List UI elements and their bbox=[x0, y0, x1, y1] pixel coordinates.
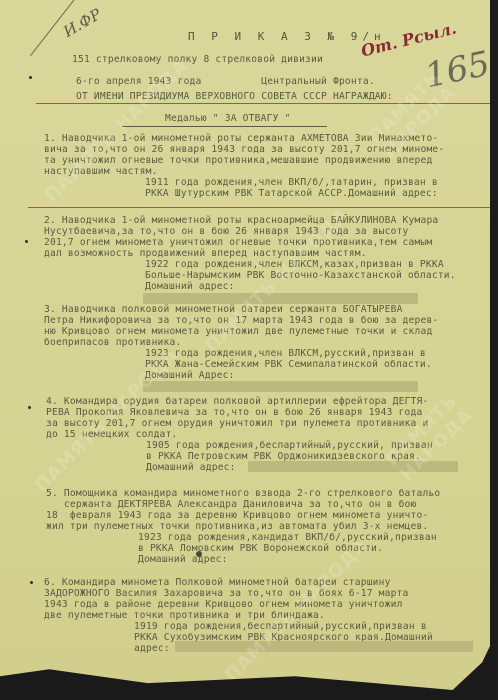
entry-bio: адрес: bbox=[134, 643, 170, 655]
medal-underline bbox=[122, 126, 327, 127]
header-line-date: 6-го апреля 1943 года Центральный Фронта… bbox=[76, 76, 375, 88]
ink-mark bbox=[29, 76, 32, 79]
redacted-address bbox=[175, 641, 473, 652]
red-separator-line bbox=[28, 207, 496, 208]
entry-bio: Домашний адрес: bbox=[138, 554, 228, 566]
document-page: И.ФР От. Рсыл. 165 П Р И К А З № 9/н 151… bbox=[0, 0, 492, 690]
redacted-address bbox=[143, 381, 418, 392]
entry-bio: Домашний адрес: bbox=[146, 462, 236, 474]
header-line-unit: 151 стрелковому полку 8 стрелковой дивиз… bbox=[72, 54, 323, 66]
ink-mark bbox=[28, 406, 31, 409]
entry-bio: Домашний адрес: bbox=[145, 281, 235, 293]
ink-mark bbox=[25, 240, 28, 243]
medal-name: Медалью " ЗА ОТВАГУ " bbox=[165, 113, 291, 125]
entry-bio: РККА Шутурским РВК Татарской АССР.Домашн… bbox=[145, 188, 438, 200]
ink-mark bbox=[30, 581, 33, 584]
background-edge bbox=[490, 0, 498, 700]
redacted-address bbox=[143, 293, 418, 304]
ink-stain bbox=[196, 551, 202, 557]
header-line-award-statement: ОТ ИМЕНИ ПРЕЗИДИУМА ВЕРХОВНОГО СОВЕТА СС… bbox=[76, 91, 393, 103]
handwritten-note-top-left: И.ФР bbox=[60, 5, 104, 41]
order-title: П Р И К А З № 9/н bbox=[188, 30, 386, 43]
